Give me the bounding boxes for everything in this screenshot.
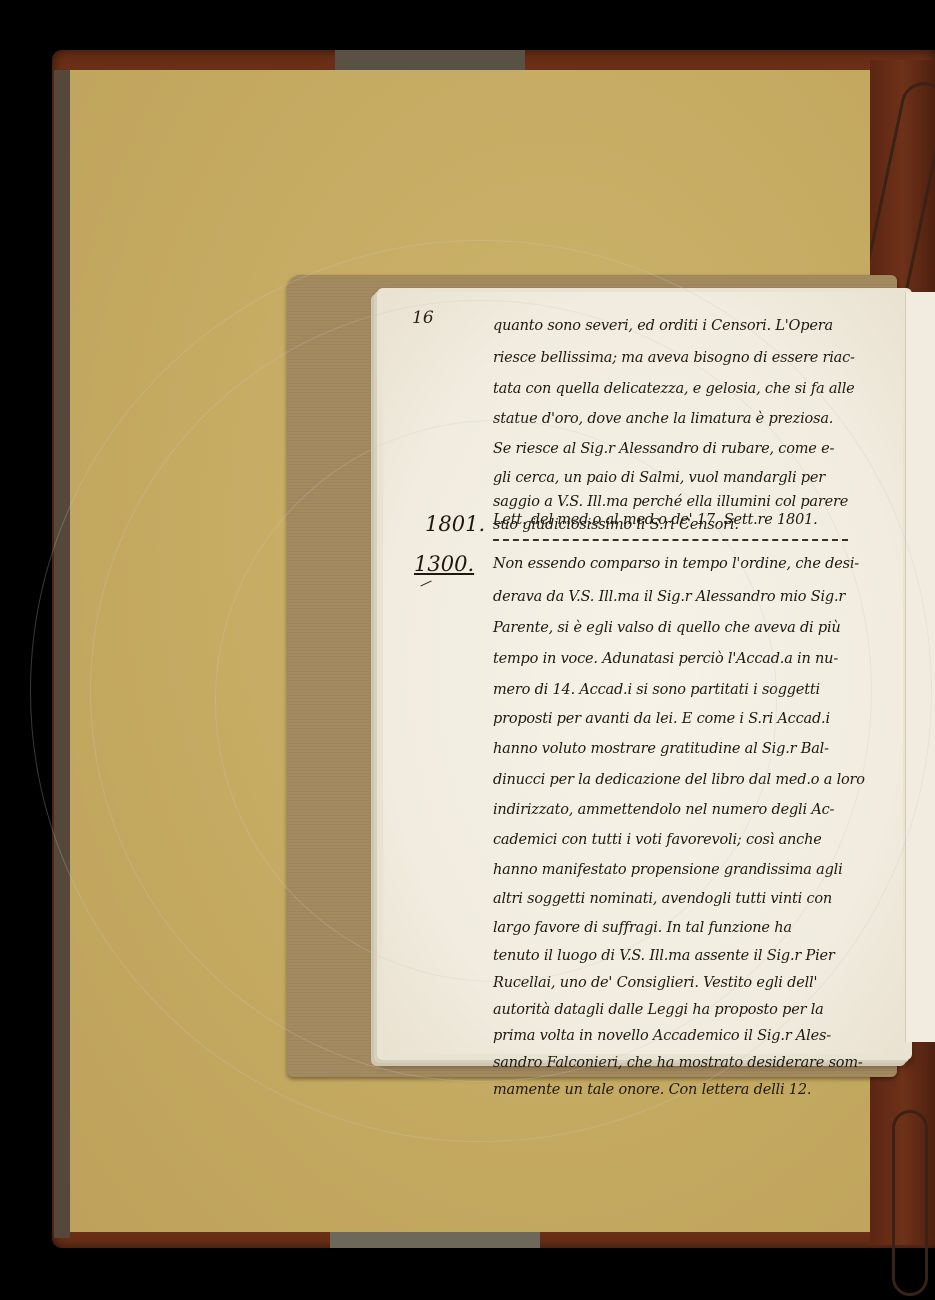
text-line: altri soggetti nominati, avendogli tutti… [493,891,832,907]
text-line: prima volta in novello Accademico il Sig… [493,1028,831,1044]
text-line: tata con quella delicatezza, e gelosia, … [493,381,855,397]
text-line: saggio a V.S. Ill.ma perché ella illumin… [493,494,848,510]
facing-page-edge [905,292,935,1042]
section-divider [493,539,848,541]
manuscript-page [383,292,903,1054]
folio-number: 16 [412,308,434,328]
spine-strip [54,70,70,1238]
text-line: tempo in voce. Adunatasi perciò l'Accad.… [493,651,838,667]
text-line: gli cerca, un paio di Salmi, vuol mandar… [493,470,825,486]
text-line: quanto sono severi, ed orditi i Censori.… [493,318,833,334]
text-line: tenuto il luogo di V.S. Ill.ma assente i… [493,948,835,964]
text-line: hanno voluto mostrare gratitudine al Sig… [493,741,829,757]
text-line: statue d'oro, dove anche la limatura è p… [493,411,833,427]
text-line: Se riesce al Sig.r Alessandro di rubare,… [493,441,834,457]
text-line: dinucci per la dedicazione del libro dal… [493,772,865,788]
text-line: Non essendo comparso in tempo l'ordine, … [493,556,859,572]
text-line: riesce bellissima; ma aveva bisogno di e… [493,350,855,366]
text-line: autorità datagli dalle Leggi ha proposto… [493,1002,824,1018]
entry-margin-number: 1300. [414,552,474,576]
binding-repair-tape-top [335,50,525,70]
text-line: proposti per avanti da lei. E come i S.r… [493,711,830,727]
text-line: Parente, si è egli valso di quello che a… [493,620,841,636]
text-line: indirizzato, ammettendolo nel numero deg… [493,802,834,818]
text-line: hanno manifestato propensione grandissim… [493,862,843,878]
entry-margin-number: 1801. [425,512,485,536]
text-line: mero di 14. Accad.i si sono partitati i … [493,682,820,698]
text-line: mamente un tale onore. Con lettera delli… [493,1082,811,1098]
text-line: Rucellai, uno de' Consiglieri. Vestito e… [493,975,817,991]
text-line: cademici con tutti i voti favorevoli; co… [493,832,822,848]
text-line: derava da V.S. Ill.ma il Sig.r Alessandr… [493,589,845,605]
text-line: sandro Falconieri, che ha mostrato desid… [493,1055,863,1071]
tie-cord [892,1110,928,1296]
text-line: largo favore di suffragi. In tal funzion… [493,920,792,936]
binding-repair-tape-bottom [330,1230,540,1248]
entry-heading: Lett. del med.o al med.o de' 17. Sett.re… [493,512,818,528]
